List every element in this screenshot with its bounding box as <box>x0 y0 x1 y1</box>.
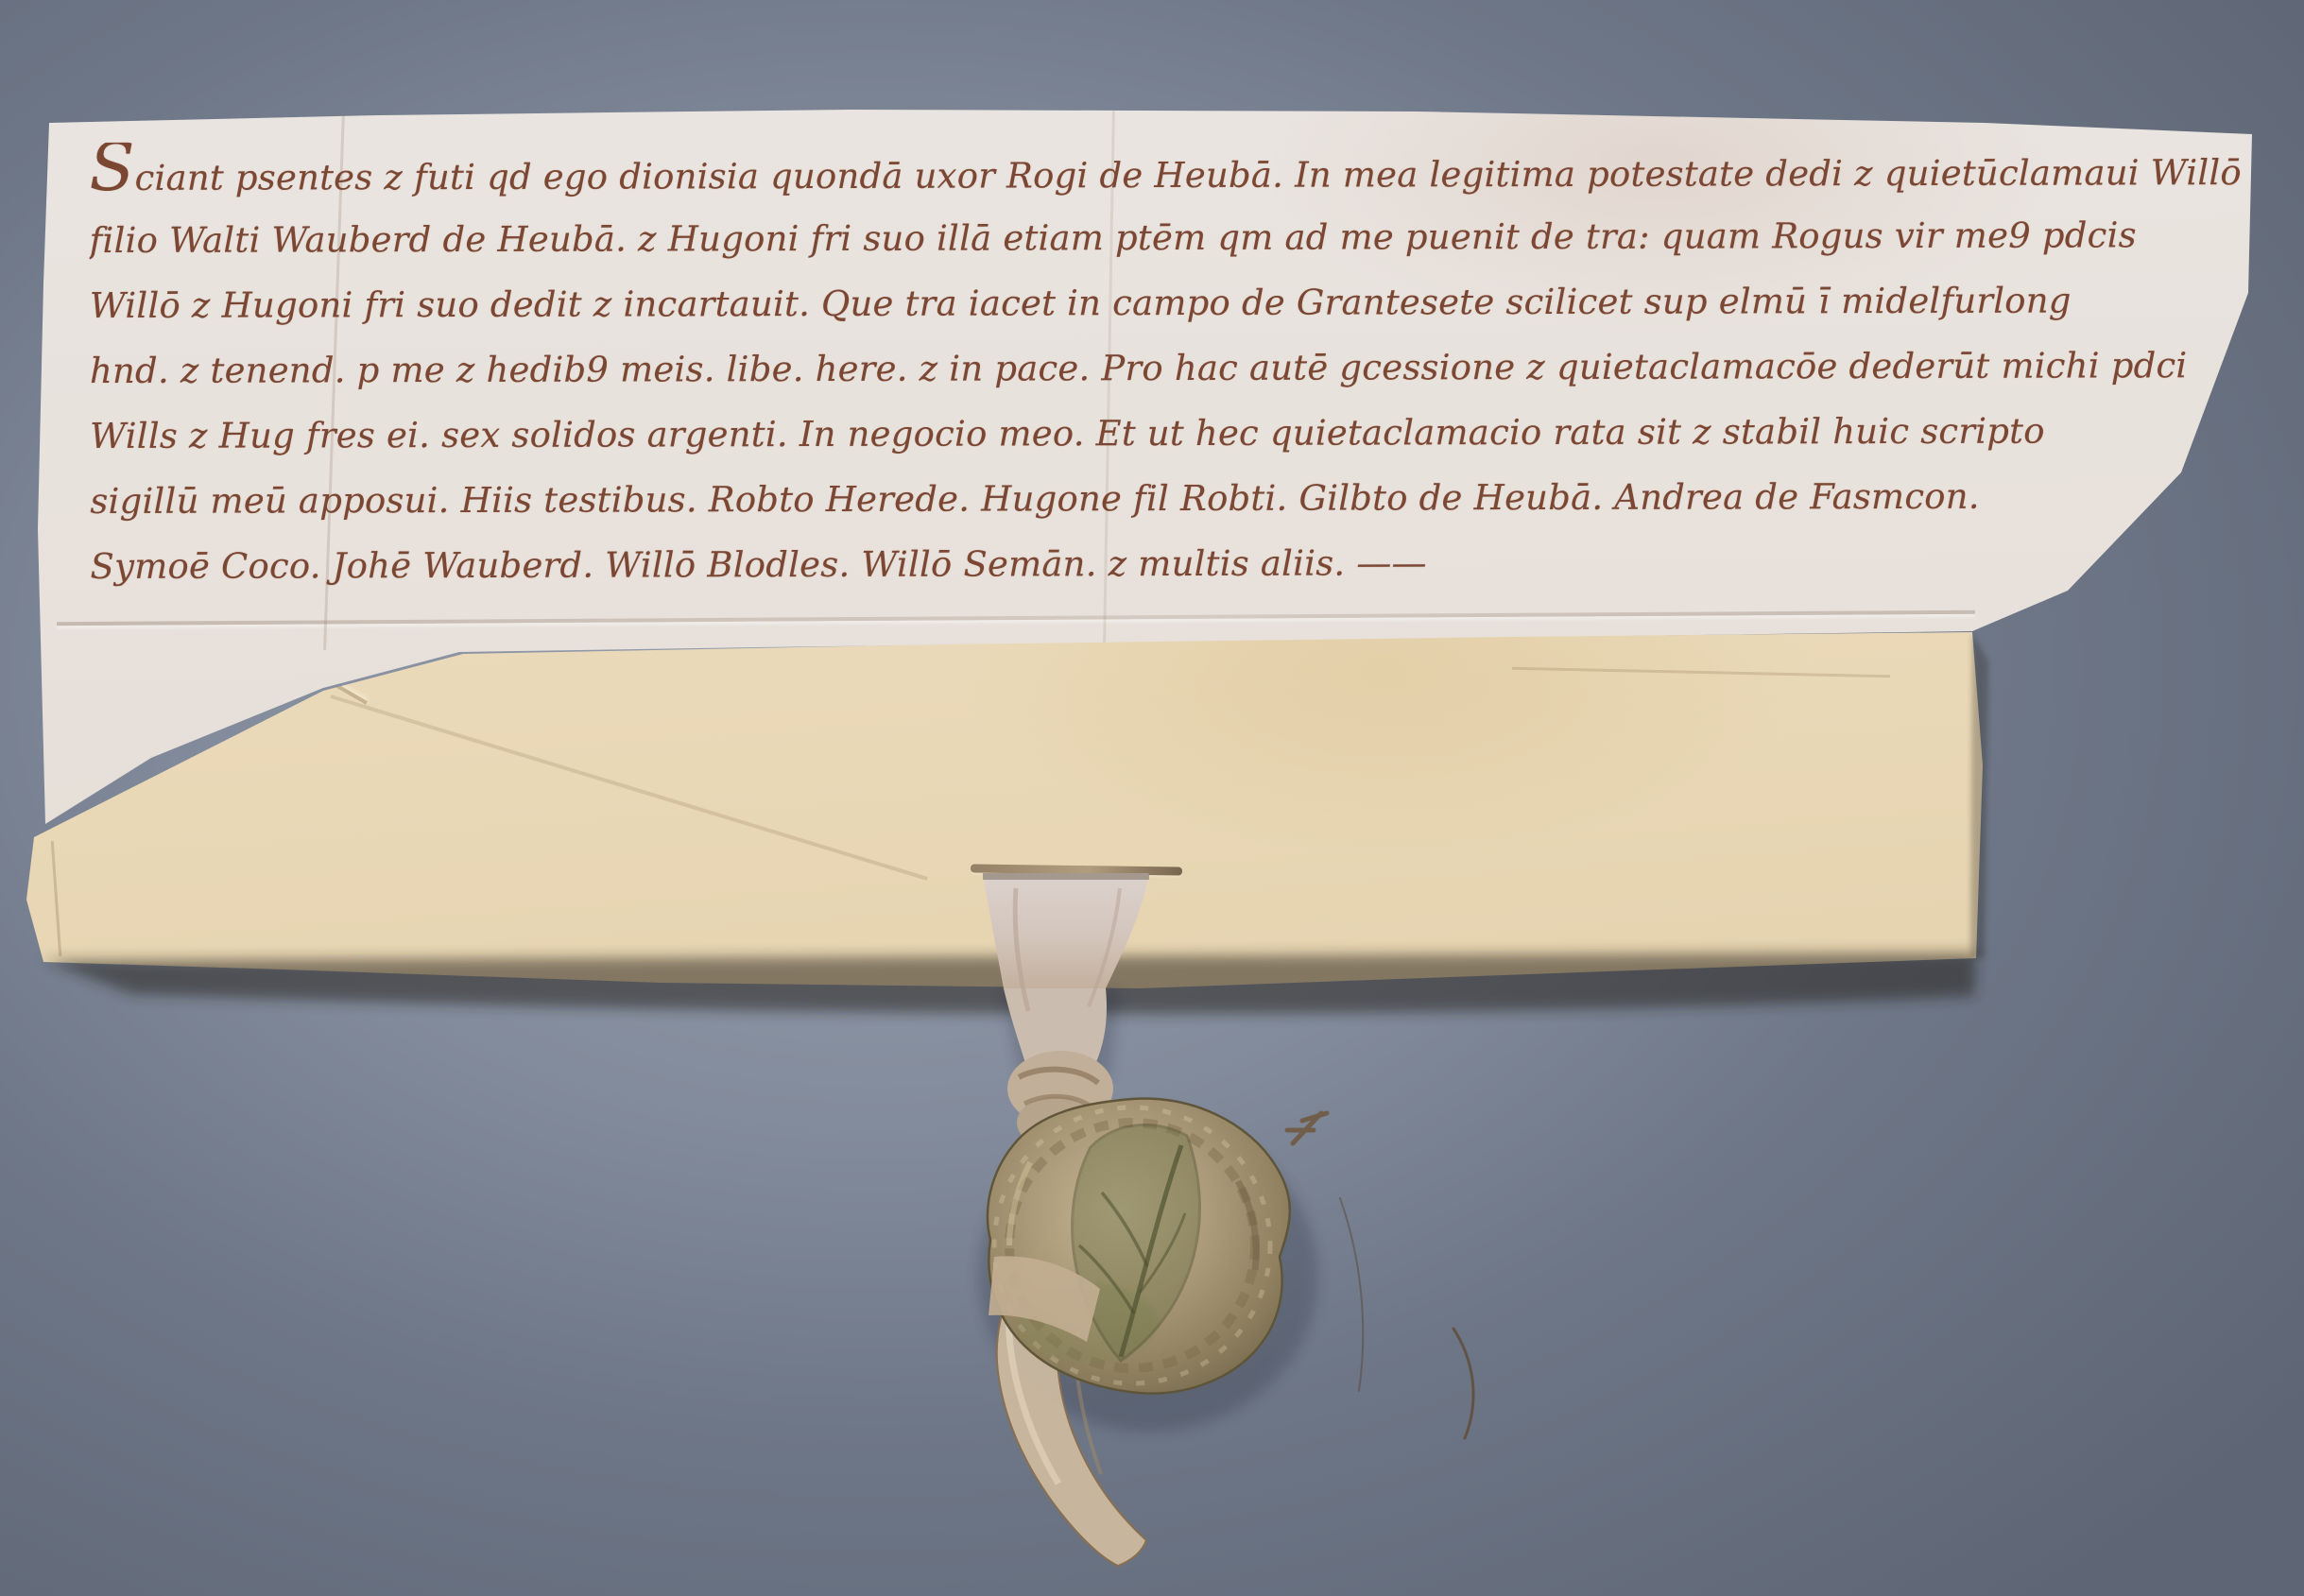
charter-photo: Sciant psentes z futi qd ego dionisia qu… <box>0 0 2304 1596</box>
seal-and-tag-artwork <box>0 0 2304 1596</box>
wax-seal <box>988 1098 1290 1393</box>
